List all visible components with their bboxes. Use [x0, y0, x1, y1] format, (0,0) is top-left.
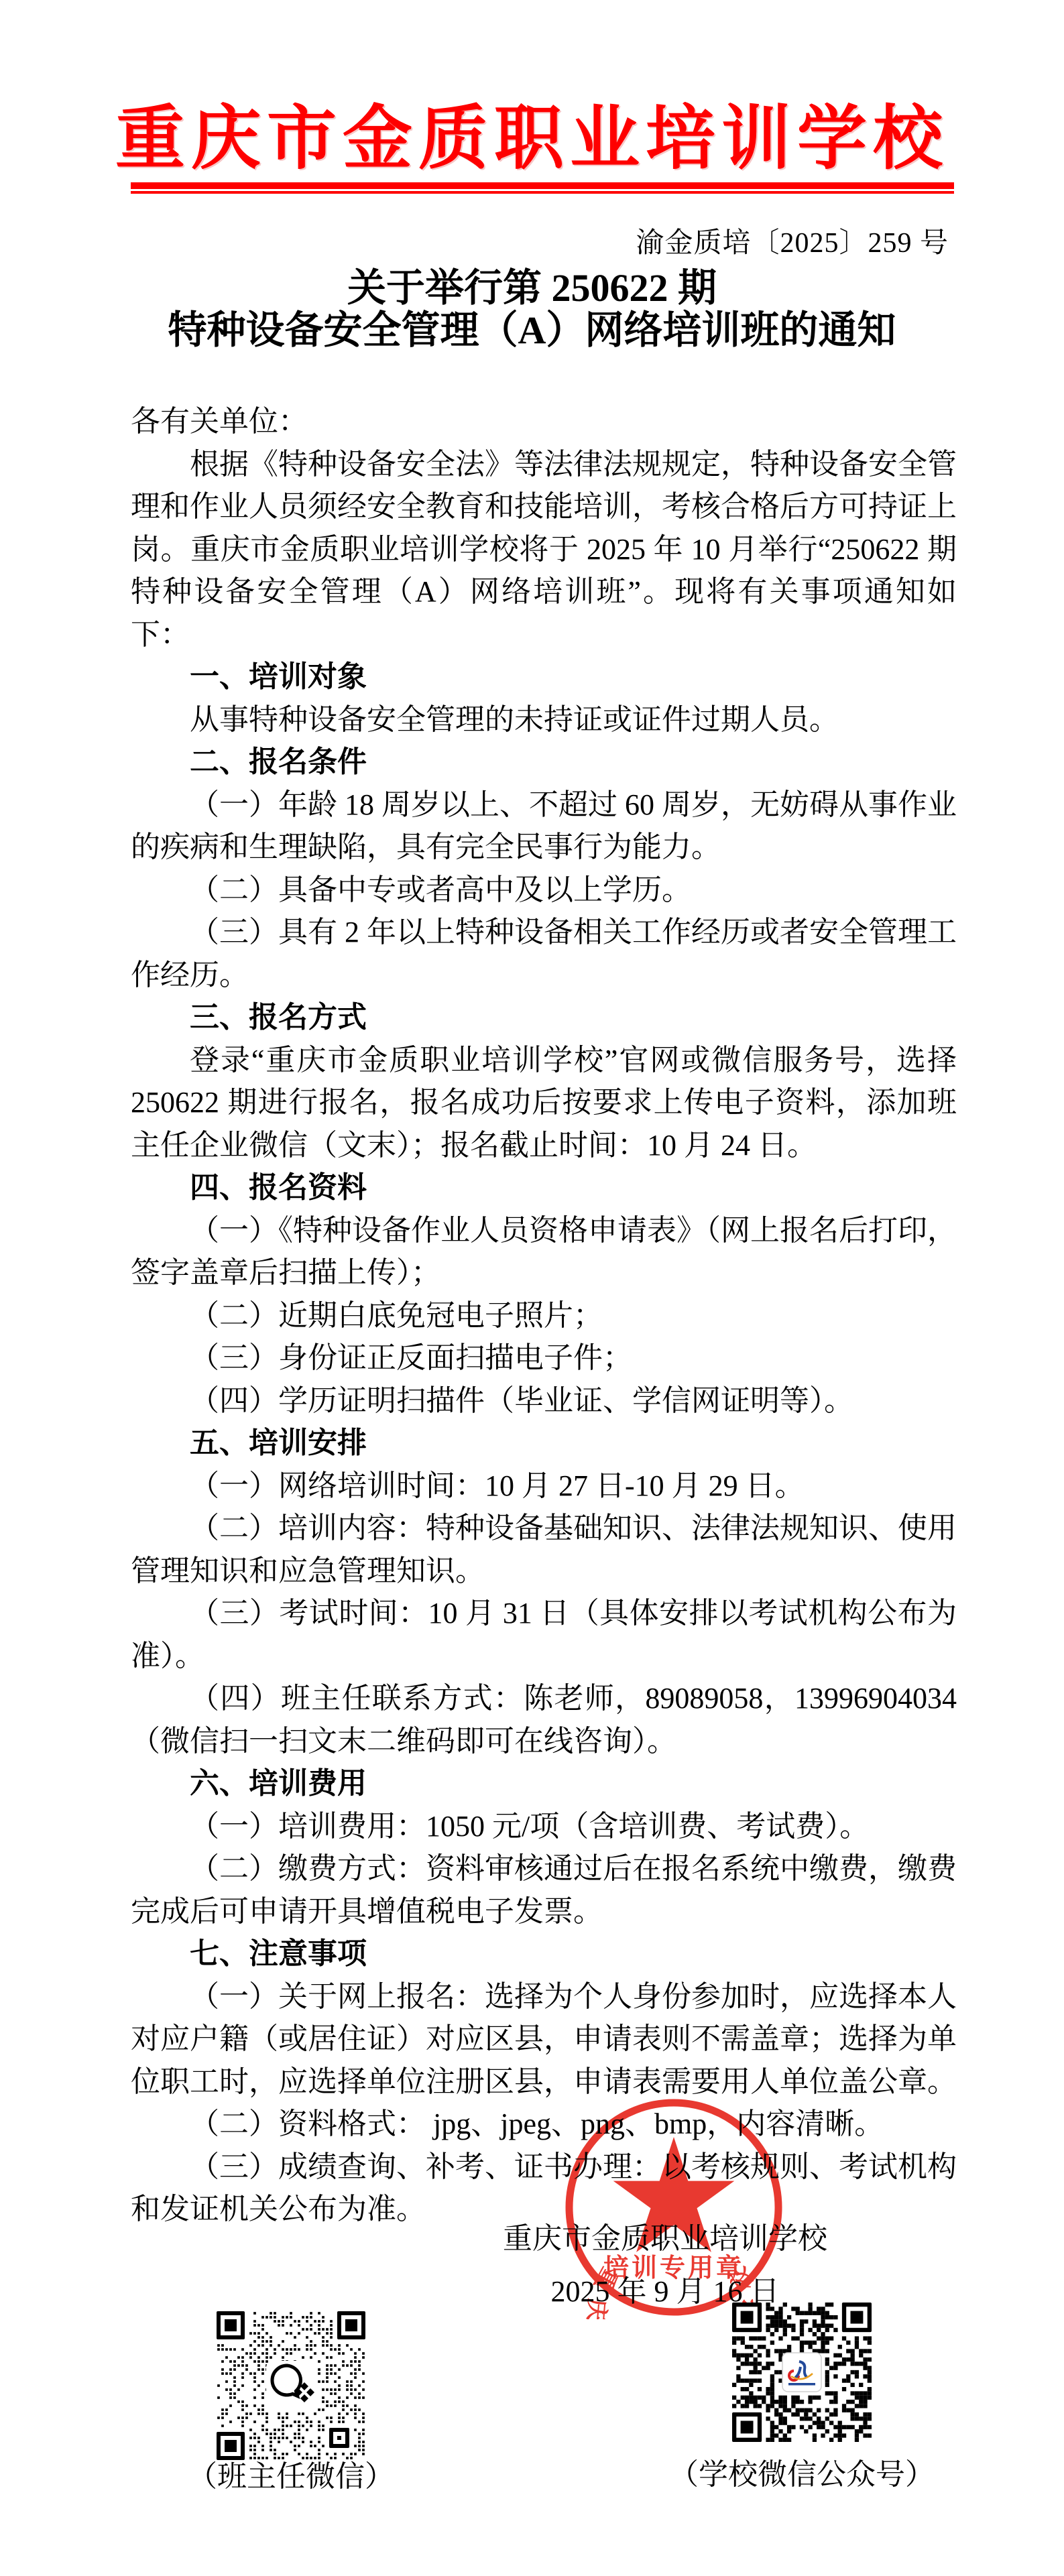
body-paragraph: （三）具有 2 年以上特种设备相关工作经历或者安全管理工作经历。 [131, 911, 957, 996]
body-paragraph: （二）具备中专或者高中及以上学历。 [131, 869, 957, 912]
notice-title-line2: 特种设备安全管理（A）网络培训班的通知 [0, 309, 1064, 351]
section-heading: 五、培训安排 [131, 1422, 957, 1465]
body-paragraph: （三）成绩查询、补考、证书办理：以考核规则、考试机构和发证机关公布为准。 [131, 2146, 957, 2231]
body-paragraph: （二）近期白底免冠电子照片； [131, 1294, 957, 1337]
notice-title-line1: 关于举行第 250622 期 [0, 267, 1064, 309]
letterhead-divider [131, 182, 954, 194]
body-paragraph: （一）培训费用：1050 元/项（含培训费、考试费）。 [131, 1805, 957, 1848]
divider-thin-bar [131, 191, 954, 194]
section-heading: 一、培训对象 [131, 656, 957, 698]
body-paragraph: （二）缴费方式：资料审核通过后在报名系统中缴费，缴费完成后可申请开具增值税电子发… [131, 1847, 957, 1933]
teacher-wechat-qr-code [217, 2311, 365, 2460]
seal-bottom-text: 培训专用章 [603, 2254, 744, 2282]
body-paragraph: （一）《特种设备作业人员资格申请表》（网上报名后打印，签字盖章后扫描上传）； [131, 1209, 957, 1294]
body-paragraph: （四）学历证明扫描件（毕业证、学信网证明等）。 [131, 1379, 957, 1422]
section-heading: 六、培训费用 [131, 1762, 957, 1805]
teacher-wechat-qr-label: （班主任微信） [123, 2461, 459, 2493]
section-heading: 二、报名条件 [131, 741, 957, 784]
letterhead-school-name: 重庆市金质职业培训学校 [0, 82, 1064, 182]
official-seal: 重庆市金质职业培训学校 培训专用章 [562, 2095, 786, 2319]
section-heading: 三、报名方式 [131, 996, 957, 1039]
body-paragraph: （三）身份证正反面扫描电子件； [131, 1337, 957, 1379]
body-paragraph: 根据《特种设备安全法》等法律法规规定，特种设备安全管理和作业人员须经安全教育和技… [131, 443, 957, 656]
body-paragraph: （一）网络培训时间：10 月 27 日-10 月 29 日。 [131, 1465, 957, 1508]
notice-title: 关于举行第 250622 期 特种设备安全管理（A）网络培训班的通知 [0, 267, 1064, 351]
body-paragraph: （四）班主任联系方式：陈老师，89089058，13996904034（微信扫一… [131, 1677, 957, 1762]
body-paragraph: （一）年龄 18 周岁以上、不超过 60 周岁，无妨碍从事作业的疾病和生理缺陷，… [131, 784, 957, 869]
body-paragraph: （二）资料格式： jpg、jpeg、png、bmp，内容清晰。 [131, 2103, 957, 2146]
document-body: 各有关单位：根据《特种设备安全法》等法律法规规定，特种设备安全管理和作业人员须经… [131, 400, 957, 2231]
school-logo [782, 2353, 821, 2392]
body-paragraph: 登录“重庆市金质职业培训学校”官网或微信服务号，选择 250622 期进行报名，… [131, 1039, 957, 1167]
body-paragraph: 各有关单位： [131, 400, 957, 443]
section-heading: 四、报名资料 [131, 1166, 957, 1209]
seal-star-icon [613, 2137, 735, 2252]
document-number: 渝金质培〔2025〕259 号 [636, 221, 949, 261]
divider-thick-bar [131, 182, 954, 189]
body-paragraph: （一）关于网上报名：选择为个人身份参加时，应选择本人对应户籍（或居住证）对应区县… [131, 1975, 957, 2103]
notice-document-page: 重庆市金质职业培训学校 渝金质培〔2025〕259 号 关于举行第 250622… [0, 0, 1064, 2576]
body-paragraph: 从事特种设备安全管理的未持证或证件过期人员。 [131, 698, 957, 741]
body-paragraph: （二）培训内容：特种设备基础知识、法律法规知识、使用管理知识和应急管理知识。 [131, 1507, 957, 1592]
body-paragraph: （三）考试时间：10 月 31 日（具体安排以考试机构公布为准）。 [131, 1592, 957, 1677]
school-wechat-qr-label: （学校微信公众号） [634, 2459, 969, 2491]
section-heading: 七、注意事项 [131, 1933, 957, 1975]
school-wechat-qr-code [732, 2303, 872, 2442]
